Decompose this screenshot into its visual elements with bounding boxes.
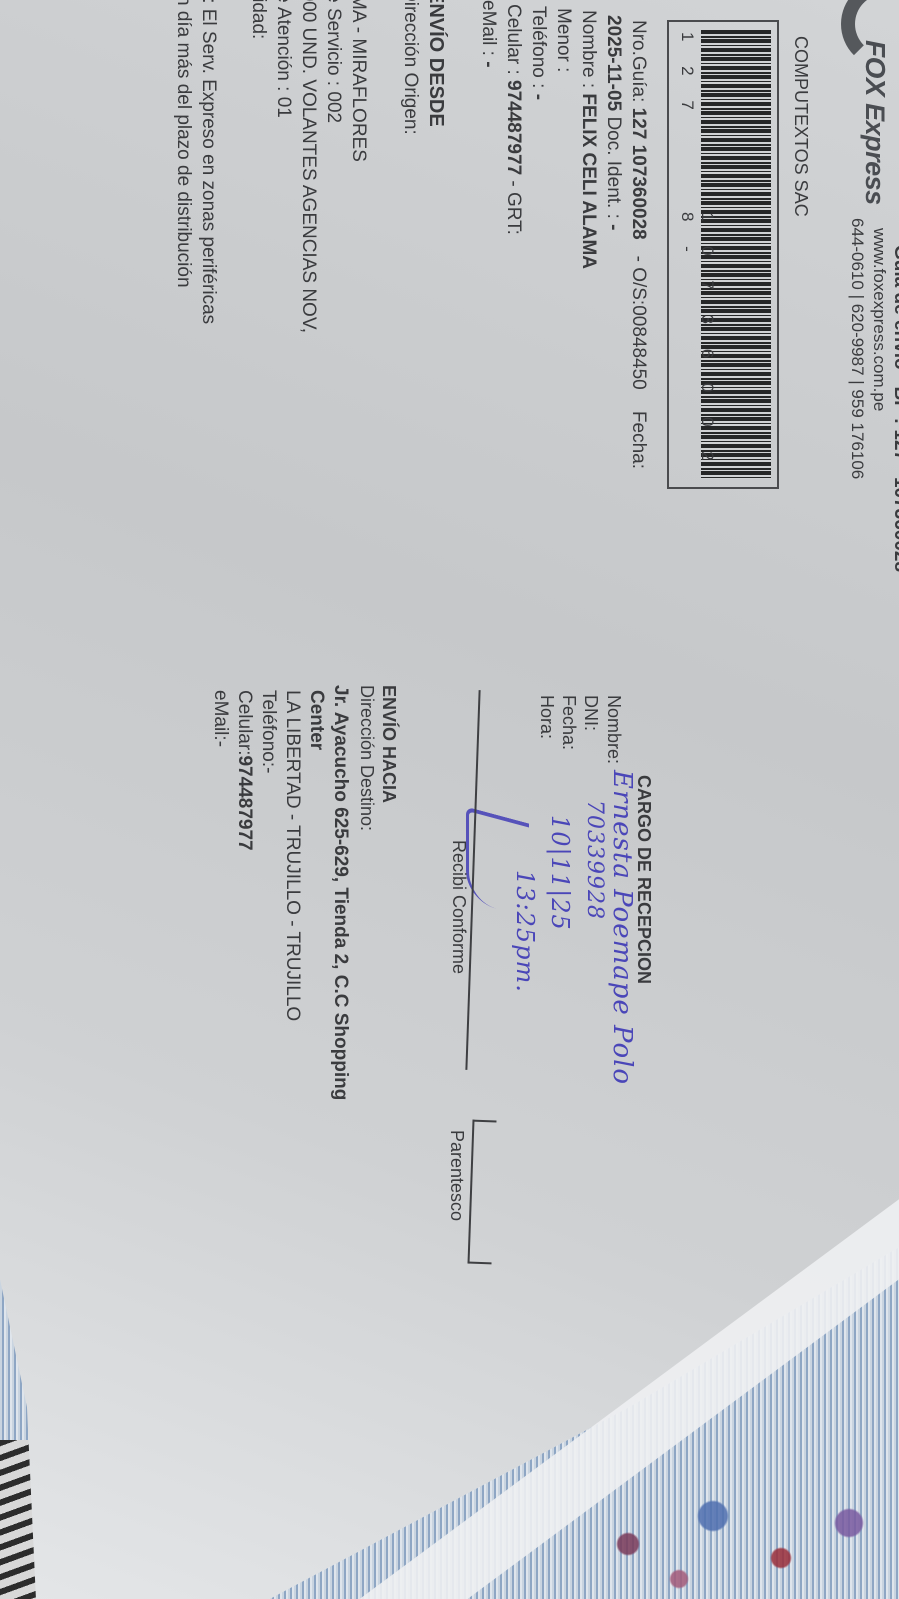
barcode-box: 1 2 7 1 0 7 3 6 0 0 2 8 -: [667, 20, 779, 489]
email-row: eMail : -: [477, 0, 499, 68]
servicio-value: 002: [323, 91, 344, 123]
servicio-row: Tipo de Servicio : 002: [322, 0, 344, 123]
nro-guia-value: 127 107360028: [628, 108, 649, 240]
nro-guia-label: Nro.Guía:: [628, 20, 649, 102]
recibi-conforme-label: Recibi Conforme: [448, 840, 469, 974]
address-line1: Jr. Ayacucho 625-629, Tienda 2, C.C Shop…: [329, 685, 351, 1100]
barcode-digits-right: 1 0 7 3 6 0 0 2 8 -: [677, 212, 717, 487]
parentesco-label: Parentesco: [446, 1130, 467, 1221]
hacia-email-label: eMail:: [210, 690, 231, 741]
cargo-fecha-label: Fecha:: [558, 695, 579, 750]
phone-numbers: 644-0610 | 620-9987 | 959 176106: [847, 218, 867, 479]
company-name: COMPUTEXTOS SAC: [790, 36, 811, 217]
atencion-row: Tipo de Atención : 01: [272, 0, 294, 118]
cargo-fecha-value: 10|11|25: [546, 815, 574, 931]
hacia-celular-label: Celular:: [234, 690, 255, 755]
hacia-celular-value: 974487977: [234, 755, 255, 850]
telefono-label: Teléfono :: [528, 6, 549, 88]
contenido: 1000 UND. VOLANTES AGENCIAS NOV,: [297, 0, 319, 333]
fecha-label: Fecha:: [628, 411, 649, 469]
email-value: -: [478, 61, 499, 67]
nro-guia-row: Nro.Guía: 127 107360028 - O/S:00848450 F…: [627, 20, 649, 469]
atencion-label: Tipo de Atención :: [273, 0, 294, 91]
title-prefix: Guía de envío - BP :: [890, 245, 899, 424]
celular-row: Celular : 974487977 - GRT:: [502, 4, 524, 235]
telefono-row: Teléfono : -: [527, 6, 549, 100]
doc-ident-value: -: [603, 224, 624, 230]
menor-label: Menor :: [552, 8, 574, 72]
brand-logo: FOX Express: [859, 40, 891, 205]
direccion-destino-label: Dirección Destino:: [356, 685, 377, 831]
prioridad-label: Prioridad:: [247, 0, 269, 39]
envio-hacia-title: ENVÍO HACIA: [378, 685, 399, 803]
cargo-nombre-label: Nombre:: [603, 695, 624, 764]
servicio-label: Tipo de Servicio :: [323, 0, 344, 86]
telefono-value: -: [528, 94, 549, 100]
hacia-telefono-row: Teléfono:-: [257, 690, 279, 773]
nombre-value: FELIX CELI ALAMA: [578, 93, 599, 269]
importante-row: Importante: El Serv. Expreso en zonas pe…: [197, 0, 219, 324]
waybill-document: FOX Express Guía de envío - BP : 127 107…: [0, 0, 899, 1599]
cargo-dni-label: DNI:: [580, 695, 601, 731]
address-line2: Center: [305, 690, 327, 750]
brand-fox: FOX: [860, 40, 891, 96]
bp-number: 107360028: [890, 477, 899, 572]
hacia-email-value: -: [210, 741, 231, 747]
cargo-dni-value: 70339928: [582, 800, 607, 920]
brand-express: Express: [860, 103, 890, 205]
nombre-row: Nombre : FELIX CELI ALAMA: [577, 10, 599, 269]
fecha-docident-row: 2025-11-05 Doc. Ident. : -: [602, 15, 624, 231]
envio-desde-title: ENVÍO DESDE: [424, 0, 447, 127]
website: www.foxexpress.com.pe: [869, 228, 889, 411]
grt-label: - GRT:: [503, 180, 524, 235]
cargo-hora-label: Hora:: [536, 695, 557, 739]
fecha-value: 2025-11-05: [603, 15, 624, 111]
celular-label: Celular :: [503, 4, 524, 75]
importante-text: : El Serv. Expreso en zonas periféricas: [198, 0, 219, 324]
origin-location: LIMA - LIMA - MIRAFLORES: [347, 0, 369, 162]
bp-code: 127: [890, 429, 899, 461]
nombre-label: Nombre :: [578, 10, 599, 88]
direccion-origen-label: Dirección Origen:: [399, 0, 421, 135]
hacia-telefono-label: Teléfono:: [258, 690, 279, 767]
cargo-nombre-value: Ernesta Poemape Polo: [607, 770, 637, 1085]
importante-text2: tomará un día más del plazo de distribuc…: [172, 0, 194, 288]
barcode-digits-left: 1 2 7: [677, 32, 697, 120]
hacia-email-row: eMail:-: [209, 690, 231, 747]
parentesco-line: [467, 1120, 496, 1265]
os-value: 00848450: [628, 305, 649, 390]
destination-city: LA LIBERTAD - TRUJILLO - TRUJILLO: [281, 690, 303, 1021]
hacia-telefono-value: -: [258, 767, 279, 773]
os-label: - O/S:: [628, 256, 649, 306]
celular-value: 974487977: [503, 80, 524, 175]
atencion-value: 01: [273, 97, 294, 118]
email-label: eMail :: [478, 0, 499, 56]
waybill-title: Guía de envío - BP : 127 107360028: [889, 245, 899, 572]
hacia-celular-row: Celular:974487977: [233, 690, 255, 851]
doc-ident-label: Doc. Ident. :: [603, 116, 624, 218]
